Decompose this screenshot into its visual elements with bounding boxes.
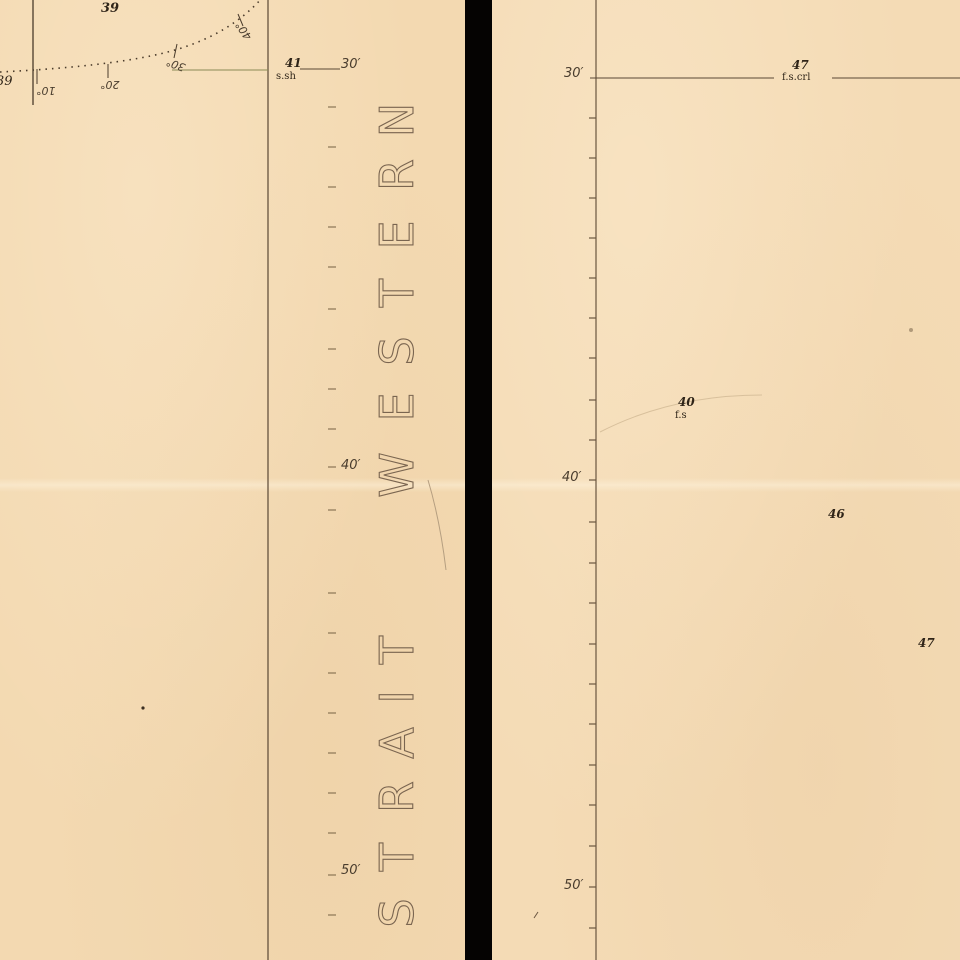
compass-label-20: 20° [100,78,120,91]
title-letter: R [372,772,422,822]
latitude-ticks-left [328,107,336,915]
compass-label-10: 10° [36,84,56,97]
sounding-39-arc: 39 [101,1,119,16]
title-letter: S [372,326,422,376]
latitude-label-50: 50′ [341,863,361,878]
title-letter: T [372,832,422,882]
title-letter: E [372,210,422,260]
compass-arc-ticks [0,0,262,84]
panel-divider [465,0,492,960]
faint-contour [428,480,446,570]
paper-speck [909,328,913,332]
chart-sheet-right: 30′ 40′ 50′ 47 f.s.crl 40 f.s 46 47 [492,0,960,960]
title-letter: T [372,625,422,675]
title-letter: S [372,888,422,938]
sounding-39-edge: 39 [0,74,13,89]
title-letter: I [372,672,422,722]
title-letter: T [372,268,422,318]
latitude-label-30: 30′ [564,66,584,81]
chart-sheet-left: 10° 20° 30° 40° 39 39 41 s.sh 30′ 40′ 50… [0,0,465,960]
sounding-41-note: s.sh [276,71,296,82]
title-letter: N [372,95,422,145]
sounding-40-note: f.s [675,410,687,421]
sounding-40: 40 [678,395,695,409]
title-letter: R [372,150,422,200]
latitude-label-40: 40′ [341,458,361,473]
title-letter: E [372,382,422,432]
sounding-47-bottom: 47 [918,636,935,650]
latitude-label-50: 50′ [564,878,584,893]
latitude-label-30: 30′ [341,57,361,72]
title-letter: W [372,450,422,500]
title-letter: A [372,718,422,768]
latitude-label-40: 40′ [562,470,582,485]
sounding-47-top-note: f.s.crl [782,72,810,83]
sounding-47-top: 47 [792,58,809,72]
sounding-41: 41 [285,56,302,70]
rock-dot [141,706,144,709]
paper-mark [534,912,538,918]
sounding-46: 46 [828,507,845,521]
latitude-ticks-right [589,118,596,928]
